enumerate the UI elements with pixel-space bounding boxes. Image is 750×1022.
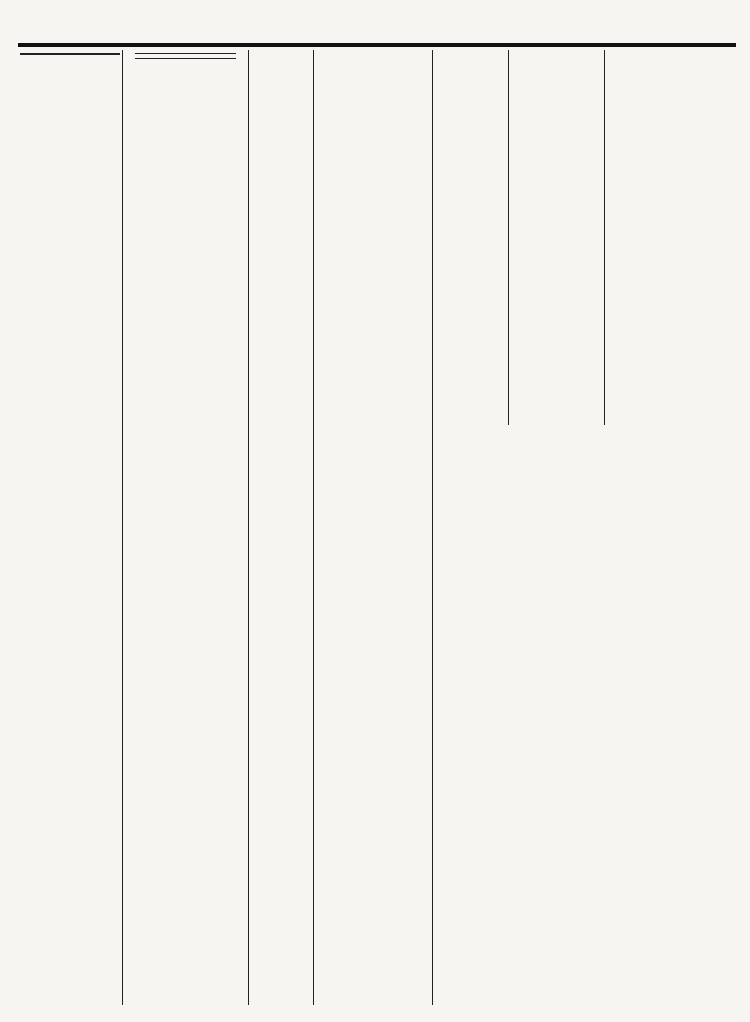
column-rule <box>248 50 249 1005</box>
column-rule <box>122 50 123 1005</box>
column-local-personal <box>20 50 120 1005</box>
newspaper-page <box>0 0 750 1022</box>
column-school <box>125 50 246 1005</box>
column-rule <box>508 50 509 425</box>
column-rule <box>604 50 605 425</box>
masthead-rule <box>18 43 736 47</box>
column-rule <box>313 50 314 1005</box>
column-rule <box>432 50 433 1005</box>
